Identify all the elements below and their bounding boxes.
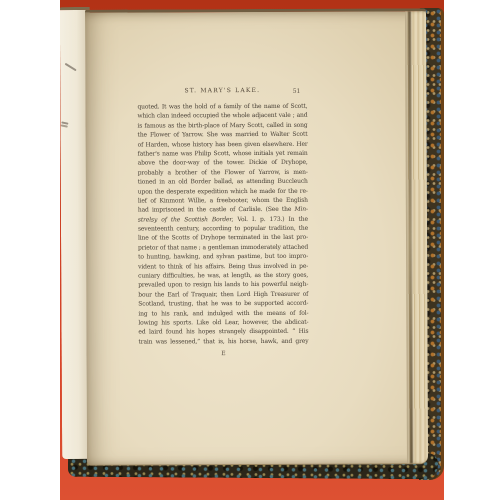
page-text-block: ST. MARY'S LAKE. 51 quoted. It was the h…	[137, 87, 308, 358]
pencil-mark	[65, 63, 77, 72]
text-line: train was lessened,” that is, his horse,…	[138, 337, 308, 347]
text-line: prevailed upon to resign his lands to hi…	[138, 280, 308, 290]
text-line: which clan indeed occupied the whole adj…	[137, 111, 307, 121]
text-line: above the door-way of the tower. Dickie …	[138, 158, 308, 168]
body-text: quoted. It was the hold of a family of t…	[137, 102, 308, 347]
text-line: to hunting, hawking, and sylvan pastime,…	[138, 252, 308, 262]
photo-background: ST. MARY'S LAKE. 51 quoted. It was the h…	[0, 0, 500, 500]
pencil-mark	[61, 121, 68, 124]
signature-mark: E	[138, 350, 308, 358]
page-header-title: ST. MARY'S LAKE.	[137, 87, 307, 95]
text-line: Scotland, trusting, that he was to be su…	[138, 299, 308, 309]
page-number: 51	[293, 88, 301, 95]
running-header: ST. MARY'S LAKE. 51	[137, 87, 307, 103]
text-line: ed laird found his hopes strangely disap…	[138, 327, 308, 337]
fore-edge-pages	[405, 11, 428, 463]
text-line: had imprisoned in the castle of Carlisle…	[138, 205, 308, 215]
book-page: ST. MARY'S LAKE. 51 quoted. It was the h…	[85, 8, 428, 465]
book-photo: ST. MARY'S LAKE. 51 quoted. It was the h…	[60, 0, 444, 500]
text-line: tioned in an old Border ballad, as atten…	[138, 177, 308, 187]
text-line: line of the Scotts of Dryhope terminated…	[138, 233, 308, 243]
text-line: the Flower of Yarrow. She was married to…	[138, 130, 308, 140]
